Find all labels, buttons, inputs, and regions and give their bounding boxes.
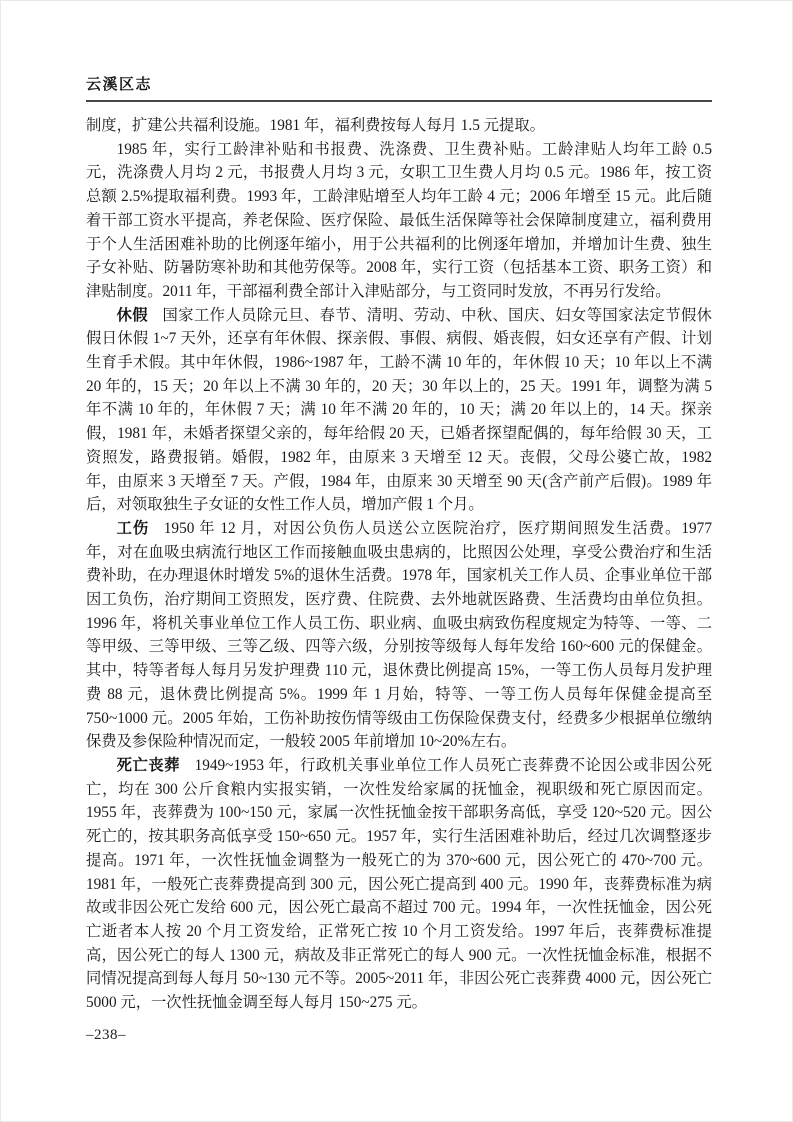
paragraph-leave: 休假国家工作人员除元旦、春节、清明、劳动、中秋、国庆、妇女等国家法定节假休假日休… bbox=[86, 304, 712, 517]
paragraph-text: 国家工作人员除元旦、春节、清明、劳动、中秋、国庆、妇女等国家法定节假休假日休假 … bbox=[86, 307, 712, 514]
section-lead-work-injury: 工伤 bbox=[117, 519, 150, 537]
section-lead-leave: 休假 bbox=[117, 306, 148, 324]
paragraph-death-funeral: 死亡丧葬1949~1953 年，行政机关事业单位工作人员死亡丧葬费不论因公或非因… bbox=[86, 754, 712, 1015]
paragraph-welfare-intro-continuation: 制度，扩建公共福利设施。1981 年，福利费按每人每月 1.5 元提取。 bbox=[86, 114, 712, 138]
paragraph-text: 制度，扩建公共福利设施。1981 年，福利费按每人每月 1.5 元提取。 bbox=[86, 117, 545, 134]
paragraph-text: 1950 年 12 月，对因公负伤人员送公立医院治疗，医疗期间照发生活费。197… bbox=[86, 520, 712, 750]
paragraph-work-injury: 工伤1950 年 12 月，对因公负伤人员送公立医院治疗，医疗期间照发生活费。1… bbox=[86, 517, 712, 754]
paragraph-text: 1985 年，实行工龄津补贴和书报费、洗涤费、卫生费补贴。工龄津贴人均年工龄 0… bbox=[86, 141, 712, 300]
page-number: –238– bbox=[86, 1027, 126, 1044]
document-page: 云溪区志 制度，扩建公共福利设施。1981 年，福利费按每人每月 1.5 元提取… bbox=[0, 0, 793, 1122]
section-lead-death-funeral: 死亡丧葬 bbox=[117, 756, 180, 774]
header-rule bbox=[86, 100, 712, 102]
paragraph-allowances: 1985 年，实行工龄津补贴和书报费、洗涤费、卫生费补贴。工龄津贴人均年工龄 0… bbox=[86, 138, 712, 304]
paragraph-text: 1949~1953 年，行政机关事业单位工作人员死亡丧葬费不论因公或非因公死亡，… bbox=[86, 757, 712, 1011]
body-text: 制度，扩建公共福利设施。1981 年，福利费按每人每月 1.5 元提取。 198… bbox=[86, 114, 712, 1015]
running-head-title: 云溪区志 bbox=[86, 73, 712, 94]
